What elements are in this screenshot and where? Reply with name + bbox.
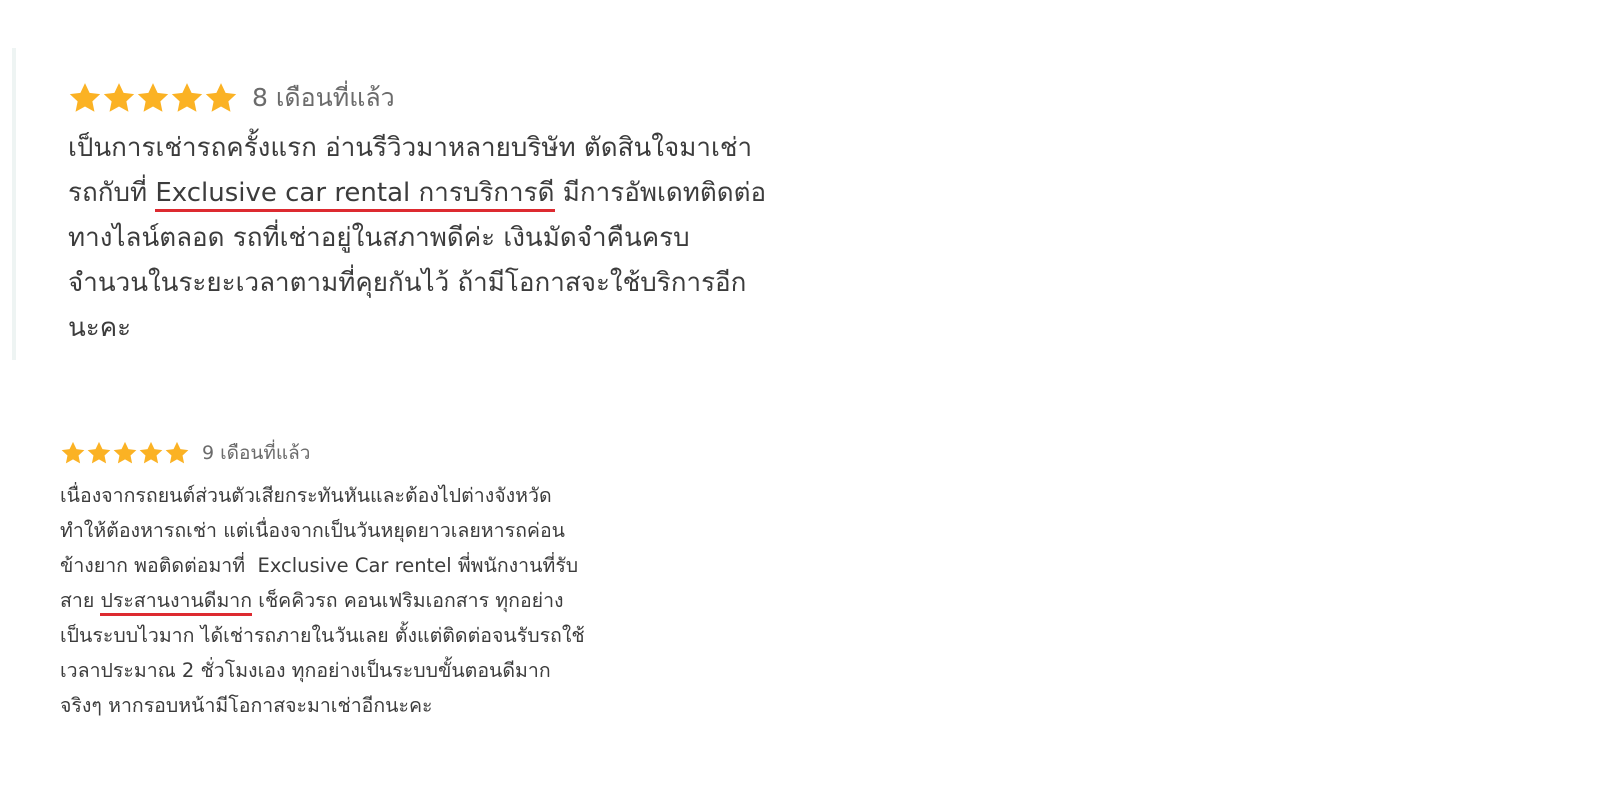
review-line: เป็นระบบไวมาก ได้เช่ารถภายในวันเลย ตั้งแ…: [60, 618, 700, 653]
review-line-post: มีการอัพเดทติดต่อ: [555, 178, 767, 208]
review-line: เนื่องจากรถยนต์ส่วนตัวเสียกระทันหันและต้…: [60, 478, 700, 513]
star-icon: [136, 82, 170, 114]
highlighted-phrase: Exclusive car rental การบริการดี: [155, 178, 554, 212]
review-left-border: [12, 48, 16, 360]
review-line: เวลาประมาณ 2 ชั่วโมงเอง ทุกอย่างเป็นระบบ…: [60, 653, 700, 688]
review-line: สาย ประสานงานดีมาก เช็คคิวรถ คอนเฟริมเอก…: [60, 583, 700, 618]
star-icon: [60, 441, 86, 465]
star-rating: [68, 82, 238, 114]
review-line: จำนวนในระยะเวลาตามที่คุยกันไว้ ถ้ามีโอกา…: [68, 261, 868, 306]
review-line: นะคะ: [68, 306, 868, 351]
star-icon: [86, 441, 112, 465]
star-icon: [68, 82, 102, 114]
review-card-2: 9 เดือนที่แล้ว เนื่องจากรถยนต์ส่วนตัวเสี…: [60, 438, 700, 723]
review-line: จริงๆ หากรอบหน้ามีโอกาสจะมาเช่าอีกนะคะ: [60, 688, 700, 723]
star-rating: [60, 441, 190, 465]
review-line-pre: สาย: [60, 589, 100, 612]
review-line-post: เช็คคิวรถ คอนเฟริมเอกสาร ทุกอย่าง: [252, 589, 563, 612]
star-icon: [204, 82, 238, 114]
review-time: 8 เดือนที่แล้ว: [252, 78, 395, 118]
star-icon: [170, 82, 204, 114]
star-icon: [138, 441, 164, 465]
review-line: ทำให้ต้องหารถเช่า แต่เนื่องจากเป็นวันหยุ…: [60, 513, 700, 548]
highlighted-phrase: ประสานงานดีมาก: [100, 589, 252, 616]
review-line-pre: รถกับที่: [68, 178, 155, 208]
review-screenshot: 8 เดือนที่แล้ว เป็นการเช่ารถครั้งแรก อ่า…: [0, 0, 1600, 800]
rating-row: 9 เดือนที่แล้ว: [60, 438, 700, 468]
review-line: เป็นการเช่ารถครั้งแรก อ่านรีวิวมาหลายบริ…: [68, 126, 868, 171]
review-line: รถกับที่ Exclusive car rental การบริการด…: [68, 171, 868, 216]
review-card-1: 8 เดือนที่แล้ว เป็นการเช่ารถครั้งแรก อ่า…: [68, 78, 868, 351]
review-text: เนื่องจากรถยนต์ส่วนตัวเสียกระทันหันและต้…: [60, 478, 700, 723]
review-text: เป็นการเช่ารถครั้งแรก อ่านรีวิวมาหลายบริ…: [68, 126, 868, 351]
review-time: 9 เดือนที่แล้ว: [202, 438, 310, 468]
star-icon: [102, 82, 136, 114]
star-icon: [112, 441, 138, 465]
review-line: ข้างยาก พอติดต่อมาที่ Exclusive Car rent…: [60, 548, 700, 583]
star-icon: [164, 441, 190, 465]
rating-row: 8 เดือนที่แล้ว: [68, 78, 868, 118]
review-line: ทางไลน์ตลอด รถที่เช่าอยู่ในสภาพดีค่ะ เงิ…: [68, 216, 868, 261]
